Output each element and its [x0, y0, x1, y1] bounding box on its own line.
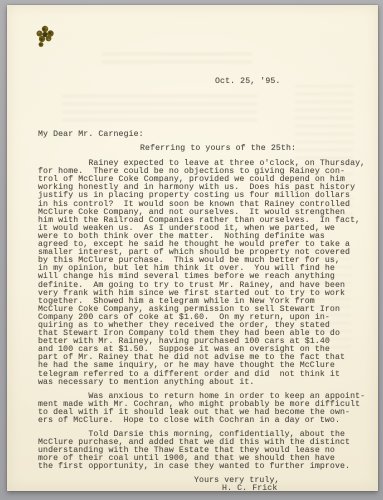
- letter-paragraph: Rainey expected to leave at three o'cloc…: [38, 160, 366, 387]
- letter-date: Oct. 25, '95.: [215, 78, 280, 86]
- letter-paper: Oct. 25, '95. My Dear Mr. Carnegie: Refe…: [7, 5, 378, 491]
- letter-closing: Yours very truly,: [194, 477, 366, 485]
- ink-bleed-through: [62, 95, 257, 121]
- letter-photograph: { "colors": { "paper": "#f5eeda", "ink":…: [0, 0, 383, 500]
- letter-salutation: My Dear Mr. Carnegie:: [38, 131, 144, 139]
- letter-reference-line: Referring to yours of the 25th:: [140, 145, 366, 153]
- letter-signature: H. C. Frick: [222, 485, 366, 493]
- letter-paragraph: Was anxious to return home in order to k…: [38, 393, 366, 425]
- wafer-seal-icon: [35, 24, 56, 49]
- letter-body: Referring to yours of the 25th: Rainey e…: [38, 145, 366, 493]
- ink-bleed-through: [102, 53, 252, 69]
- letter-paragraph: Told Darsie this morning, confidentially…: [38, 431, 366, 471]
